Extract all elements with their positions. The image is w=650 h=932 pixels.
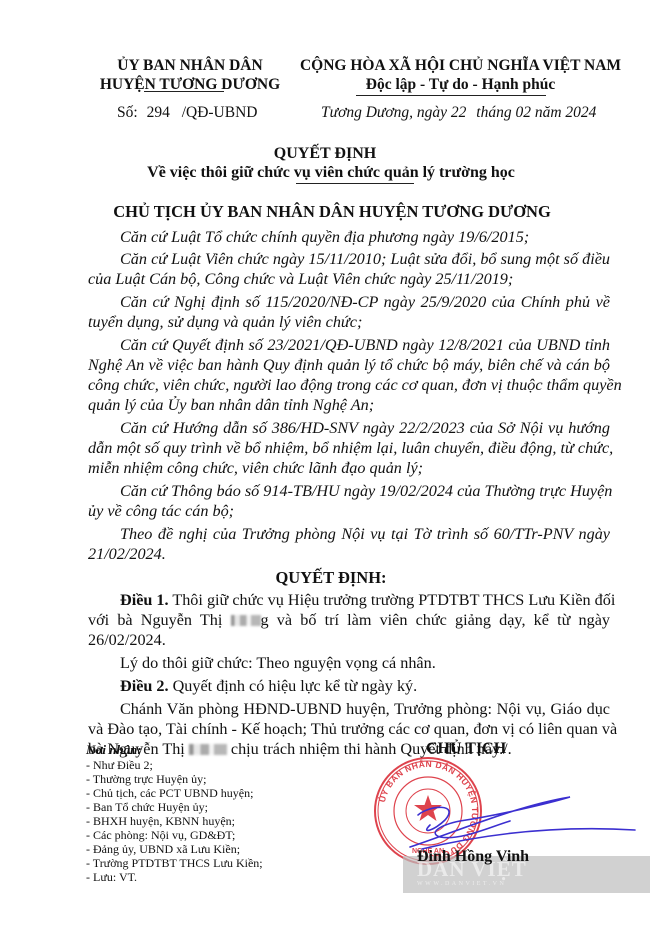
legal-basis-1-line-1: Căn cứ Luật Tổ chức chính quyền địa phươ… [120, 227, 610, 247]
issuer-title: CHỦ TỊCH ỦY BAN NHÂN DÂN HUYỆN TƯƠNG DƯƠ… [0, 202, 650, 222]
article-1-line-2-pre: với bà Nguyễn Thị [88, 611, 222, 629]
legal-basis-6-line-1: Căn cứ Thông báo số 914-TB/HU ngày 19/02… [120, 481, 610, 501]
legal-basis-5-line-3: miễn nhiệm công chức, viên chức lãnh đạo… [88, 458, 610, 478]
legal-basis-2-line-2: của Luật Cán bộ, Công chức và Luật Viên … [88, 269, 610, 289]
article-1-line-1: Điều 1. Thôi giữ chức vụ Hiệu trưởng trư… [120, 590, 610, 610]
place-date-day: 22 [451, 104, 467, 121]
legal-basis-4-line-2: Nghệ An về việc ban hành Quy định quản l… [88, 355, 610, 375]
redacted-name [231, 615, 261, 626]
recipient-item: - Thường trực Huyện ủy; [86, 772, 206, 786]
legal-basis-2-line-1: Căn cứ Luật Viên chức ngày 15/11/2010; L… [120, 249, 610, 269]
place-date-year-label: năm [535, 104, 562, 121]
legal-basis-7-line-2: 21/02/2024. [88, 544, 610, 564]
recipient-item: - BHXH huyện, KBNN huyện; [86, 814, 235, 828]
legal-basis-7-line-1: Theo đề nghị của Trưởng phòng Nội vụ tại… [120, 524, 610, 544]
legal-basis-3-line-2: tuyển dụng, sử dụng và quản lý viên chức… [88, 312, 610, 332]
execution-line-1: Chánh Văn phòng HĐND-UBND huyện, Trưởng … [120, 699, 610, 719]
article-1-label: Điều 1. [120, 591, 169, 609]
place-date-month: 02 [515, 104, 531, 121]
national-title: CỘNG HÒA XÃ HỘI CHỦ NGHĨA VIỆT NAM [298, 56, 623, 75]
recipient-item: - Các phòng: Nội vụ, GD&ĐT; [86, 828, 235, 842]
legal-basis-6-line-2: ủy về công tác cán bộ; [88, 501, 610, 521]
agency-line-1: ỦY BAN NHÂN DÂN [96, 56, 284, 75]
agency-underline [144, 91, 224, 92]
execution-line-2: và Đào tạo, Tài chính - Kế hoạch; Thủ tr… [88, 719, 610, 739]
article-1-text: Thôi giữ chức vụ Hiệu trưởng trường PTDT… [172, 591, 615, 609]
article-1-line-2: với bà Nguyễn Thị g và bố trí làm viên c… [88, 610, 610, 630]
doc-number-label: Số: [117, 104, 138, 121]
doc-number: Số: 294 /QĐ-UBND [117, 104, 257, 122]
subject-underline [296, 183, 414, 184]
place-date-year: 2024 [565, 104, 596, 121]
legal-basis-4-line-4: quản lý của Ủy ban nhân dân tỉnh Nghệ An… [88, 395, 610, 415]
agency-block: ỦY BAN NHÂN DÂN HUYỆN TƯƠNG DƯƠNG [96, 56, 284, 94]
place-date-month-label: tháng [476, 104, 511, 121]
doc-number-value: 294 [147, 104, 170, 121]
doc-type-title: QUYẾT ĐỊNH [0, 145, 650, 163]
legal-basis-5-line-2: dẫn một số quy trình về bổ nhiệm, bổ nhi… [88, 438, 610, 458]
recipient-item: - Ban Tổ chức Huyện ủy; [86, 800, 208, 814]
motto: Độc lập - Tự do - Hạnh phúc [298, 75, 623, 94]
legal-basis-3-line-1: Căn cứ Nghị định số 115/2020/NĐ-CP ngày … [120, 292, 610, 312]
recipient-item: - Chủ tịch, các PCT UBND huyện; [86, 786, 253, 800]
recipient-item: - Đảng ủy, UBND xã Lưu Kiền; [86, 842, 240, 856]
doc-subject: Về việc thôi giữ chức vụ viên chức quản … [0, 164, 650, 182]
article-2-text: Quyết định có hiệu lực kể từ ngày ký. [173, 677, 418, 695]
article-1-name-tail: g [261, 611, 269, 629]
legal-basis-4-line-1: Căn cứ Quyết định số 23/2021/QĐ-UBND ngà… [120, 335, 610, 355]
reason-line: Lý do thôi giữ chức: Theo nguyện vọng cá… [120, 653, 610, 673]
recipient-item: - Trường PTDTBT THCS Lưu Kiền; [86, 856, 263, 870]
recipient-item: - Như Điều 2; [86, 758, 153, 772]
place-date: Tương Dương, ngày 22 tháng 02 năm 2024 [321, 104, 596, 122]
legal-basis-4-line-3: công chức, viên chức, người lao động tro… [88, 375, 610, 395]
recipient-item: - Lưu: VT. [86, 870, 137, 884]
redacted-name [189, 744, 227, 755]
article-2-label: Điều 2. [120, 677, 169, 695]
signer-name: Đinh Hồng Vinh [417, 848, 529, 866]
place-date-place: Tương Dương, ngày [321, 104, 447, 121]
doc-number-suffix: /QĐ-UBND [182, 104, 258, 121]
legal-basis-5-line-1: Căn cứ Hướng dẫn số 386/HD-SNV ngày 22/2… [120, 418, 610, 438]
watermark-url: WWW.DANVIET.VN [417, 881, 506, 887]
article-2-line: Điều 2. Quyết định có hiệu lực kể từ ngà… [120, 676, 610, 696]
motto-underline [356, 95, 546, 96]
article-1-line-3: 26/02/2024. [88, 630, 610, 650]
article-1-line-2-post: và bố trí làm viên chức giảng dạy, kể từ… [277, 611, 610, 629]
recipients-label: Nơi nhận: [86, 743, 142, 757]
decision-heading: QUYẾT ĐỊNH: [0, 568, 650, 588]
execution-line-3: bà Nguyễn Thị chịu trách nhiệm thi hành … [88, 739, 610, 759]
